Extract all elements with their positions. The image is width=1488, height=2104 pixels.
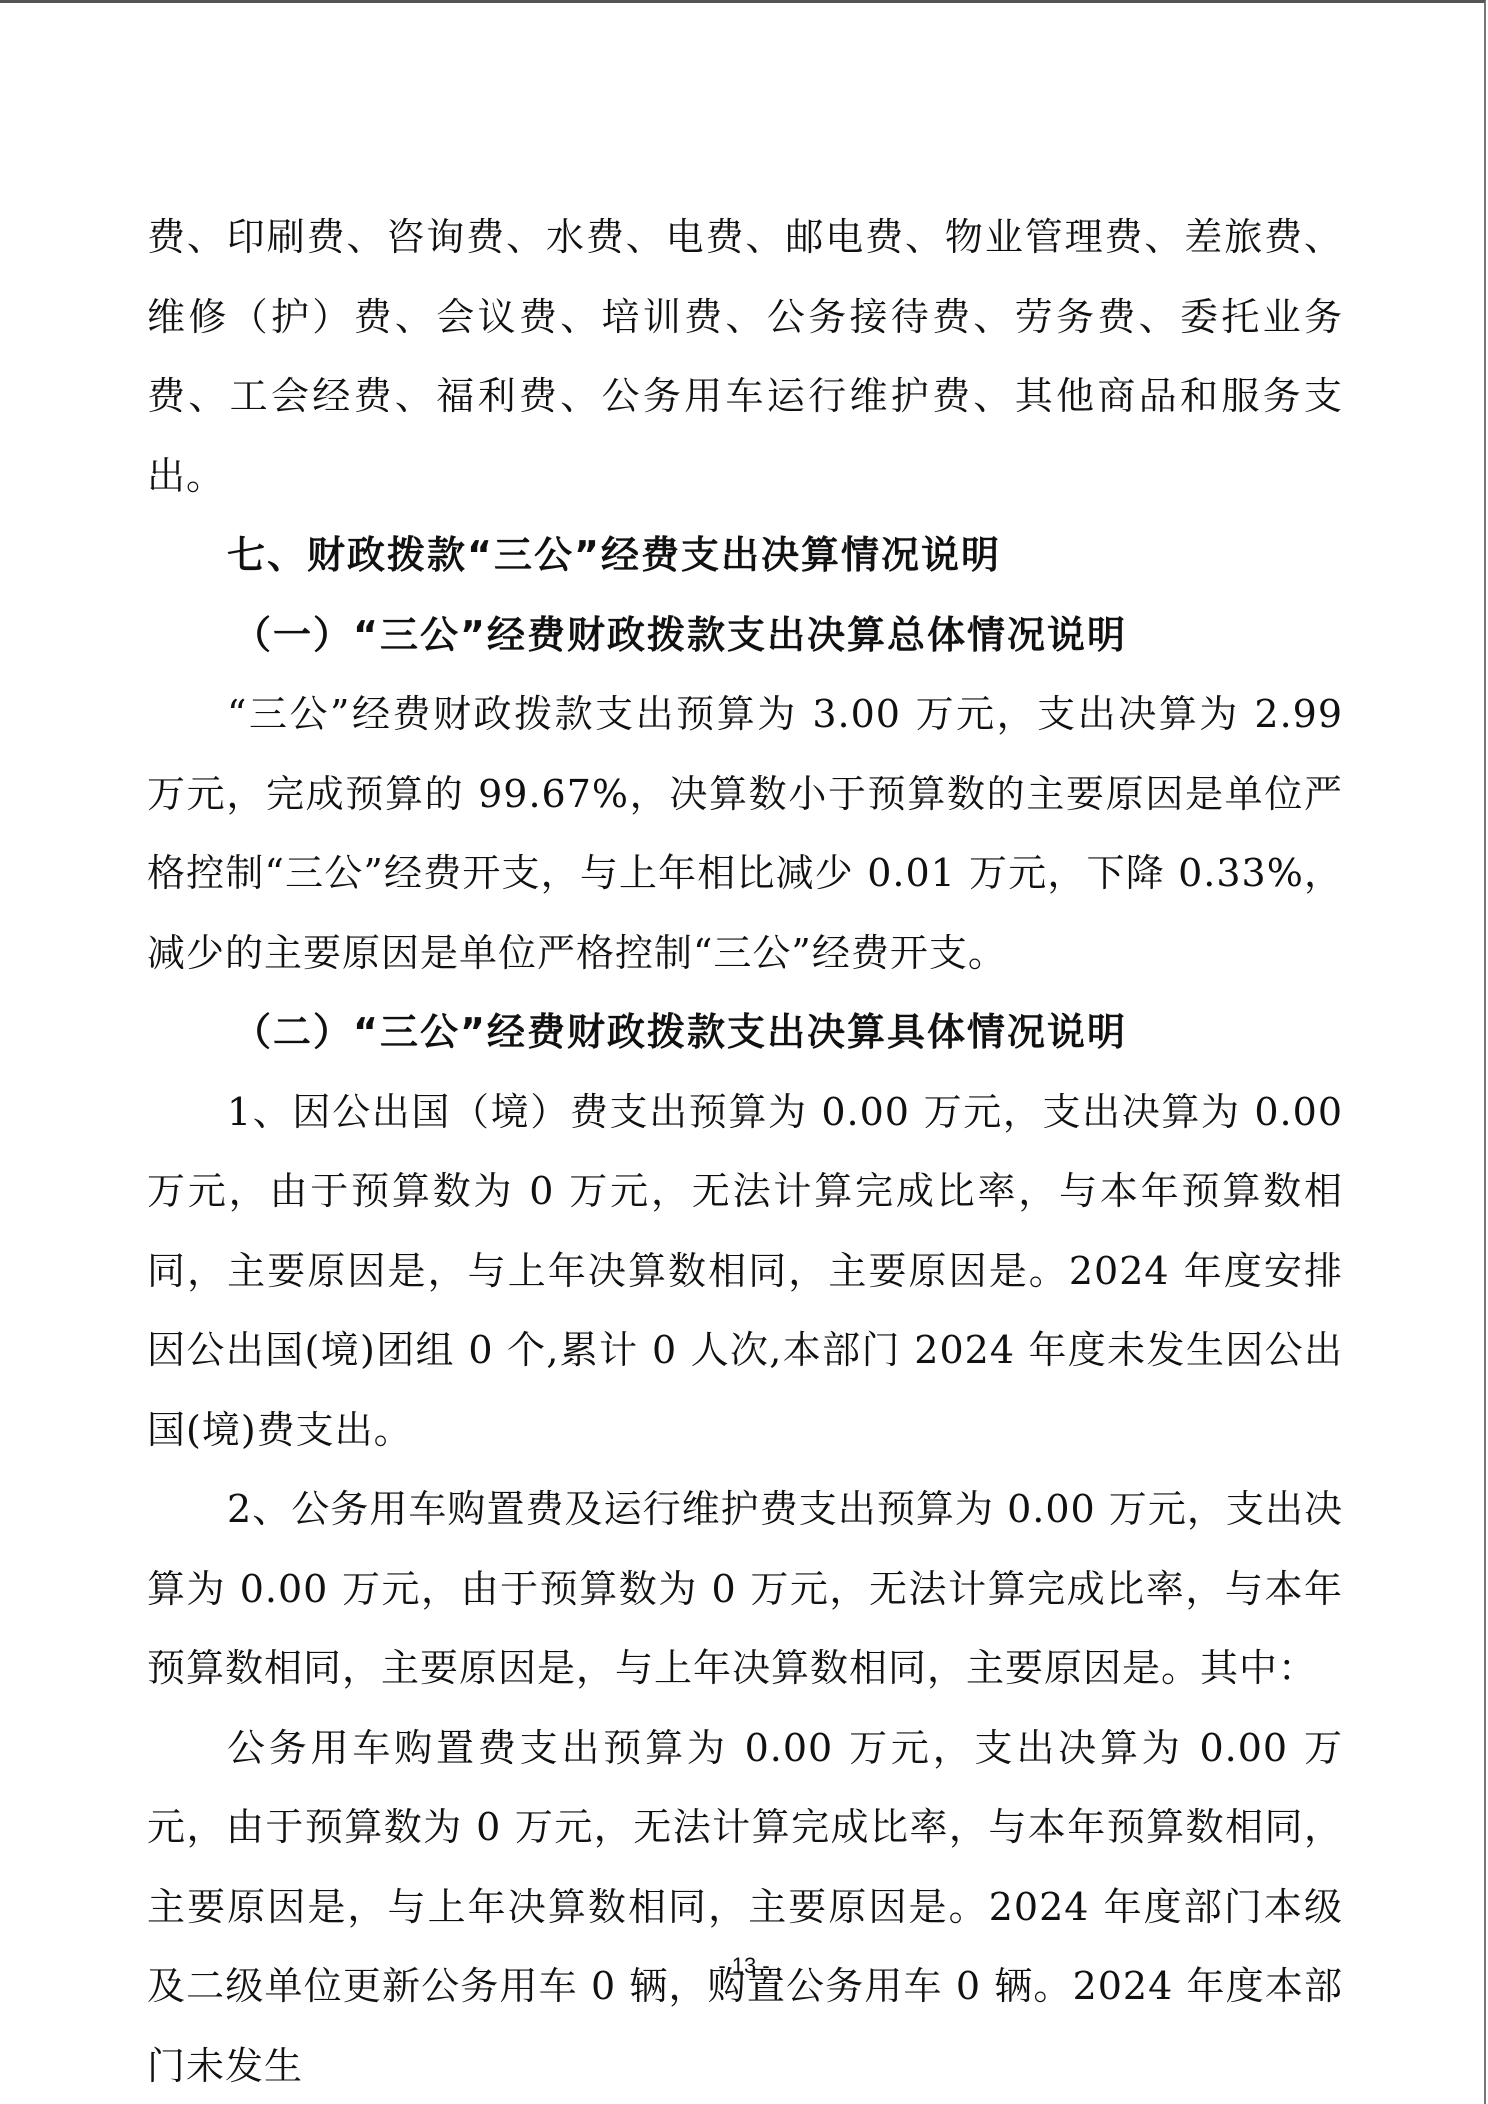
page-number: - 13 -	[0, 1953, 1488, 1979]
section-heading-three-public-expenses: 七、财政拨款“三公”经费支出决算情况说明	[147, 516, 1343, 596]
paragraph-vehicle-purchase: 公务用车购置费支出预算为 0.00 万元，支出决算为 0.00 万元，由于预算数…	[147, 1709, 1343, 2104]
subheading-overall: （一）“三公”经费财政拨款支出决算总体情况说明	[147, 596, 1343, 676]
paragraph-expense-list: 费、印刷费、咨询费、水费、电费、邮电费、物业管理费、差旅费、维修（护）费、会议费…	[147, 198, 1343, 516]
paragraph-overseas-travel: 1、因公出国（境）费支出预算为 0.00 万元，支出决算为 0.00 万元，由于…	[147, 1073, 1343, 1471]
subheading-details: （二）“三公”经费财政拨款支出决算具体情况说明	[147, 993, 1343, 1073]
paragraph-official-vehicles: 2、公务用车购置费及运行维护费支出预算为 0.00 万元，支出决算为 0.00 …	[147, 1470, 1343, 1709]
document-body: 费、印刷费、咨询费、水费、电费、邮电费、物业管理费、差旅费、维修（护）费、会议费…	[147, 198, 1343, 2104]
paragraph-overall-summary: “三公”经费财政拨款支出预算为 3.00 万元，支出决算为 2.99 万元，完成…	[147, 675, 1343, 993]
document-page: 费、印刷费、咨询费、水费、电费、邮电费、物业管理费、差旅费、维修（护）费、会议费…	[0, 0, 1486, 2104]
